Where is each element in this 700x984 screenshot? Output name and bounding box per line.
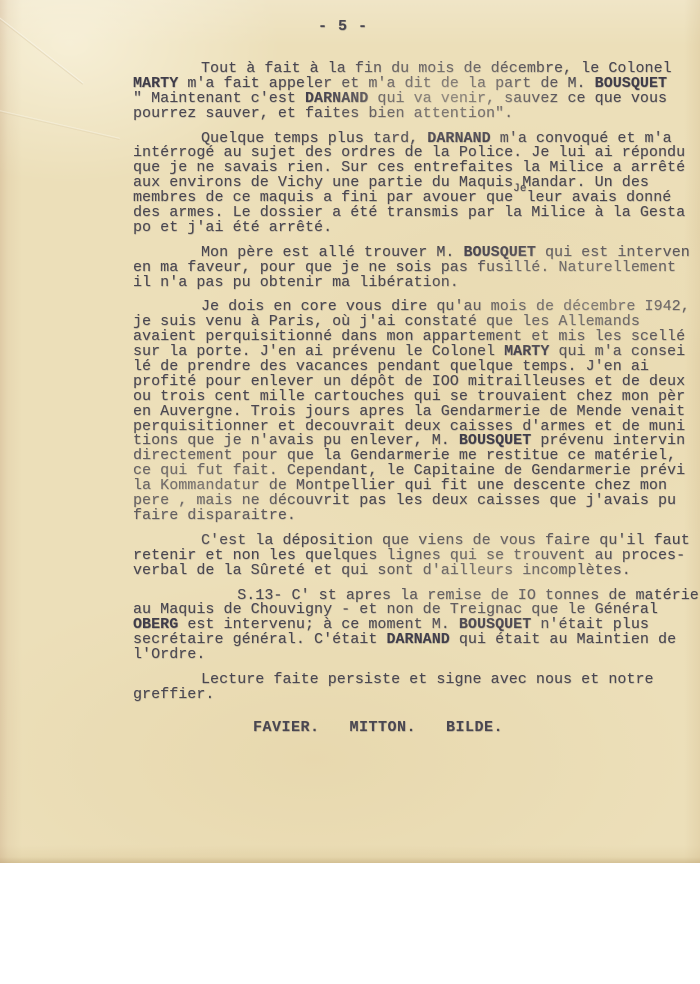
text-line: po et j'ai été arrêté. bbox=[133, 221, 695, 236]
paper-fold-mark bbox=[0, 9, 84, 84]
text-line: greffier. bbox=[133, 688, 695, 703]
paragraph: Quelque temps plus tard, DARNAND m'a con… bbox=[133, 132, 695, 236]
text-line: il n'a pas pu obtenir ma libération. bbox=[133, 276, 695, 291]
text-line: l'Ordre. bbox=[133, 648, 695, 663]
inserted-word: Je bbox=[513, 183, 526, 195]
document-body: Tout à fait à la fin du mois de décembre… bbox=[133, 62, 695, 736]
paragraph: Je dois en core vous dire qu'au mois de … bbox=[133, 300, 695, 523]
scanned-document-page: - 5 - Tout à fait à la fin du mois de dé… bbox=[0, 0, 700, 863]
paragraph: Lecture faite persiste et signe avec nou… bbox=[133, 673, 695, 703]
paragraph: Tout à fait à la fin du mois de décembre… bbox=[133, 62, 695, 122]
paragraph: C'est la déposition que viens de vous fa… bbox=[133, 534, 695, 579]
text-line: faire disparaitre. bbox=[133, 509, 695, 524]
scan-background bbox=[0, 863, 700, 984]
paper-fold-mark bbox=[0, 102, 120, 140]
text-line: pourrez sauver, et faites bien attention… bbox=[133, 107, 695, 122]
signature-row: FAVIER.MITTON.BILDE. bbox=[133, 719, 695, 736]
page-number: - 5 - bbox=[318, 18, 368, 35]
signature-name: BILDE. bbox=[446, 719, 503, 736]
text-line: secrétaire général. C'était DARNAND qui … bbox=[133, 633, 695, 648]
signature-name: MITTON. bbox=[350, 719, 417, 736]
signature-name: FAVIER. bbox=[253, 719, 320, 736]
paragraph: Mon père est allé trouver M. BOUSQUET qu… bbox=[133, 246, 695, 291]
paragraph: S.13- C' st apres la remise de IO tonnes… bbox=[133, 589, 695, 663]
text-line: verbal de la Sûreté et qui sont d'ailleu… bbox=[133, 564, 695, 579]
text-line: Lecture faite persiste et signe avec nou… bbox=[133, 673, 695, 688]
